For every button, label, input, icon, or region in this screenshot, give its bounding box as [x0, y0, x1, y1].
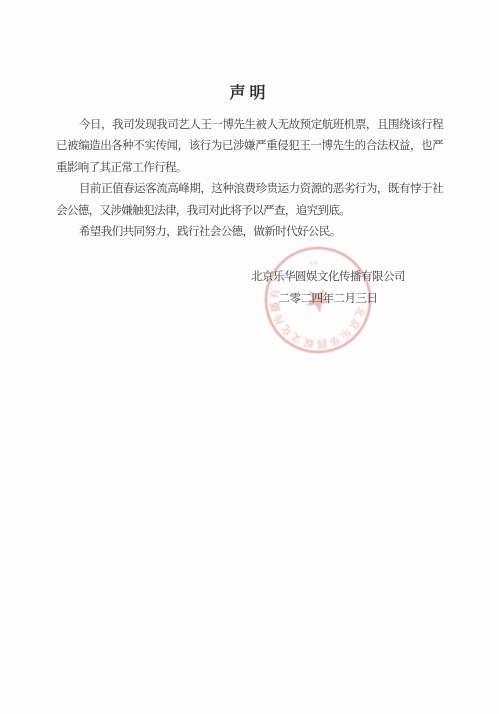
statement-title: 声明: [0, 80, 499, 103]
company-name: 北京乐华圆娱文化传播有限公司: [237, 266, 419, 288]
signature-block: 北京乐华圆娱文化传播有限公司 二零二四年二月三日: [237, 266, 419, 310]
statement-paragraph: 目前正值春运客流高峰期，这种浪费珍贵运力资源的恶劣行为，既有悖于社会公德，又涉嫌…: [56, 179, 443, 222]
statement-body: 今日，我司发现我司艺人王一博先生被人无故预定航班机票，且围绕该行程已被编造出各种…: [56, 115, 443, 243]
statement-paragraph: 今日，我司发现我司艺人王一博先生被人无故预定航班机票，且围绕该行程已被编造出各种…: [56, 115, 443, 179]
statement-document: 声明 今日，我司发现我司艺人王一博先生被人无故预定航班机票，且围绕该行程已被编造…: [0, 0, 499, 714]
statement-date: 二零二四年二月三日: [237, 288, 419, 310]
statement-paragraph: 希望我们共同努力，践行社会公德，做新时代好公民。: [56, 222, 443, 243]
